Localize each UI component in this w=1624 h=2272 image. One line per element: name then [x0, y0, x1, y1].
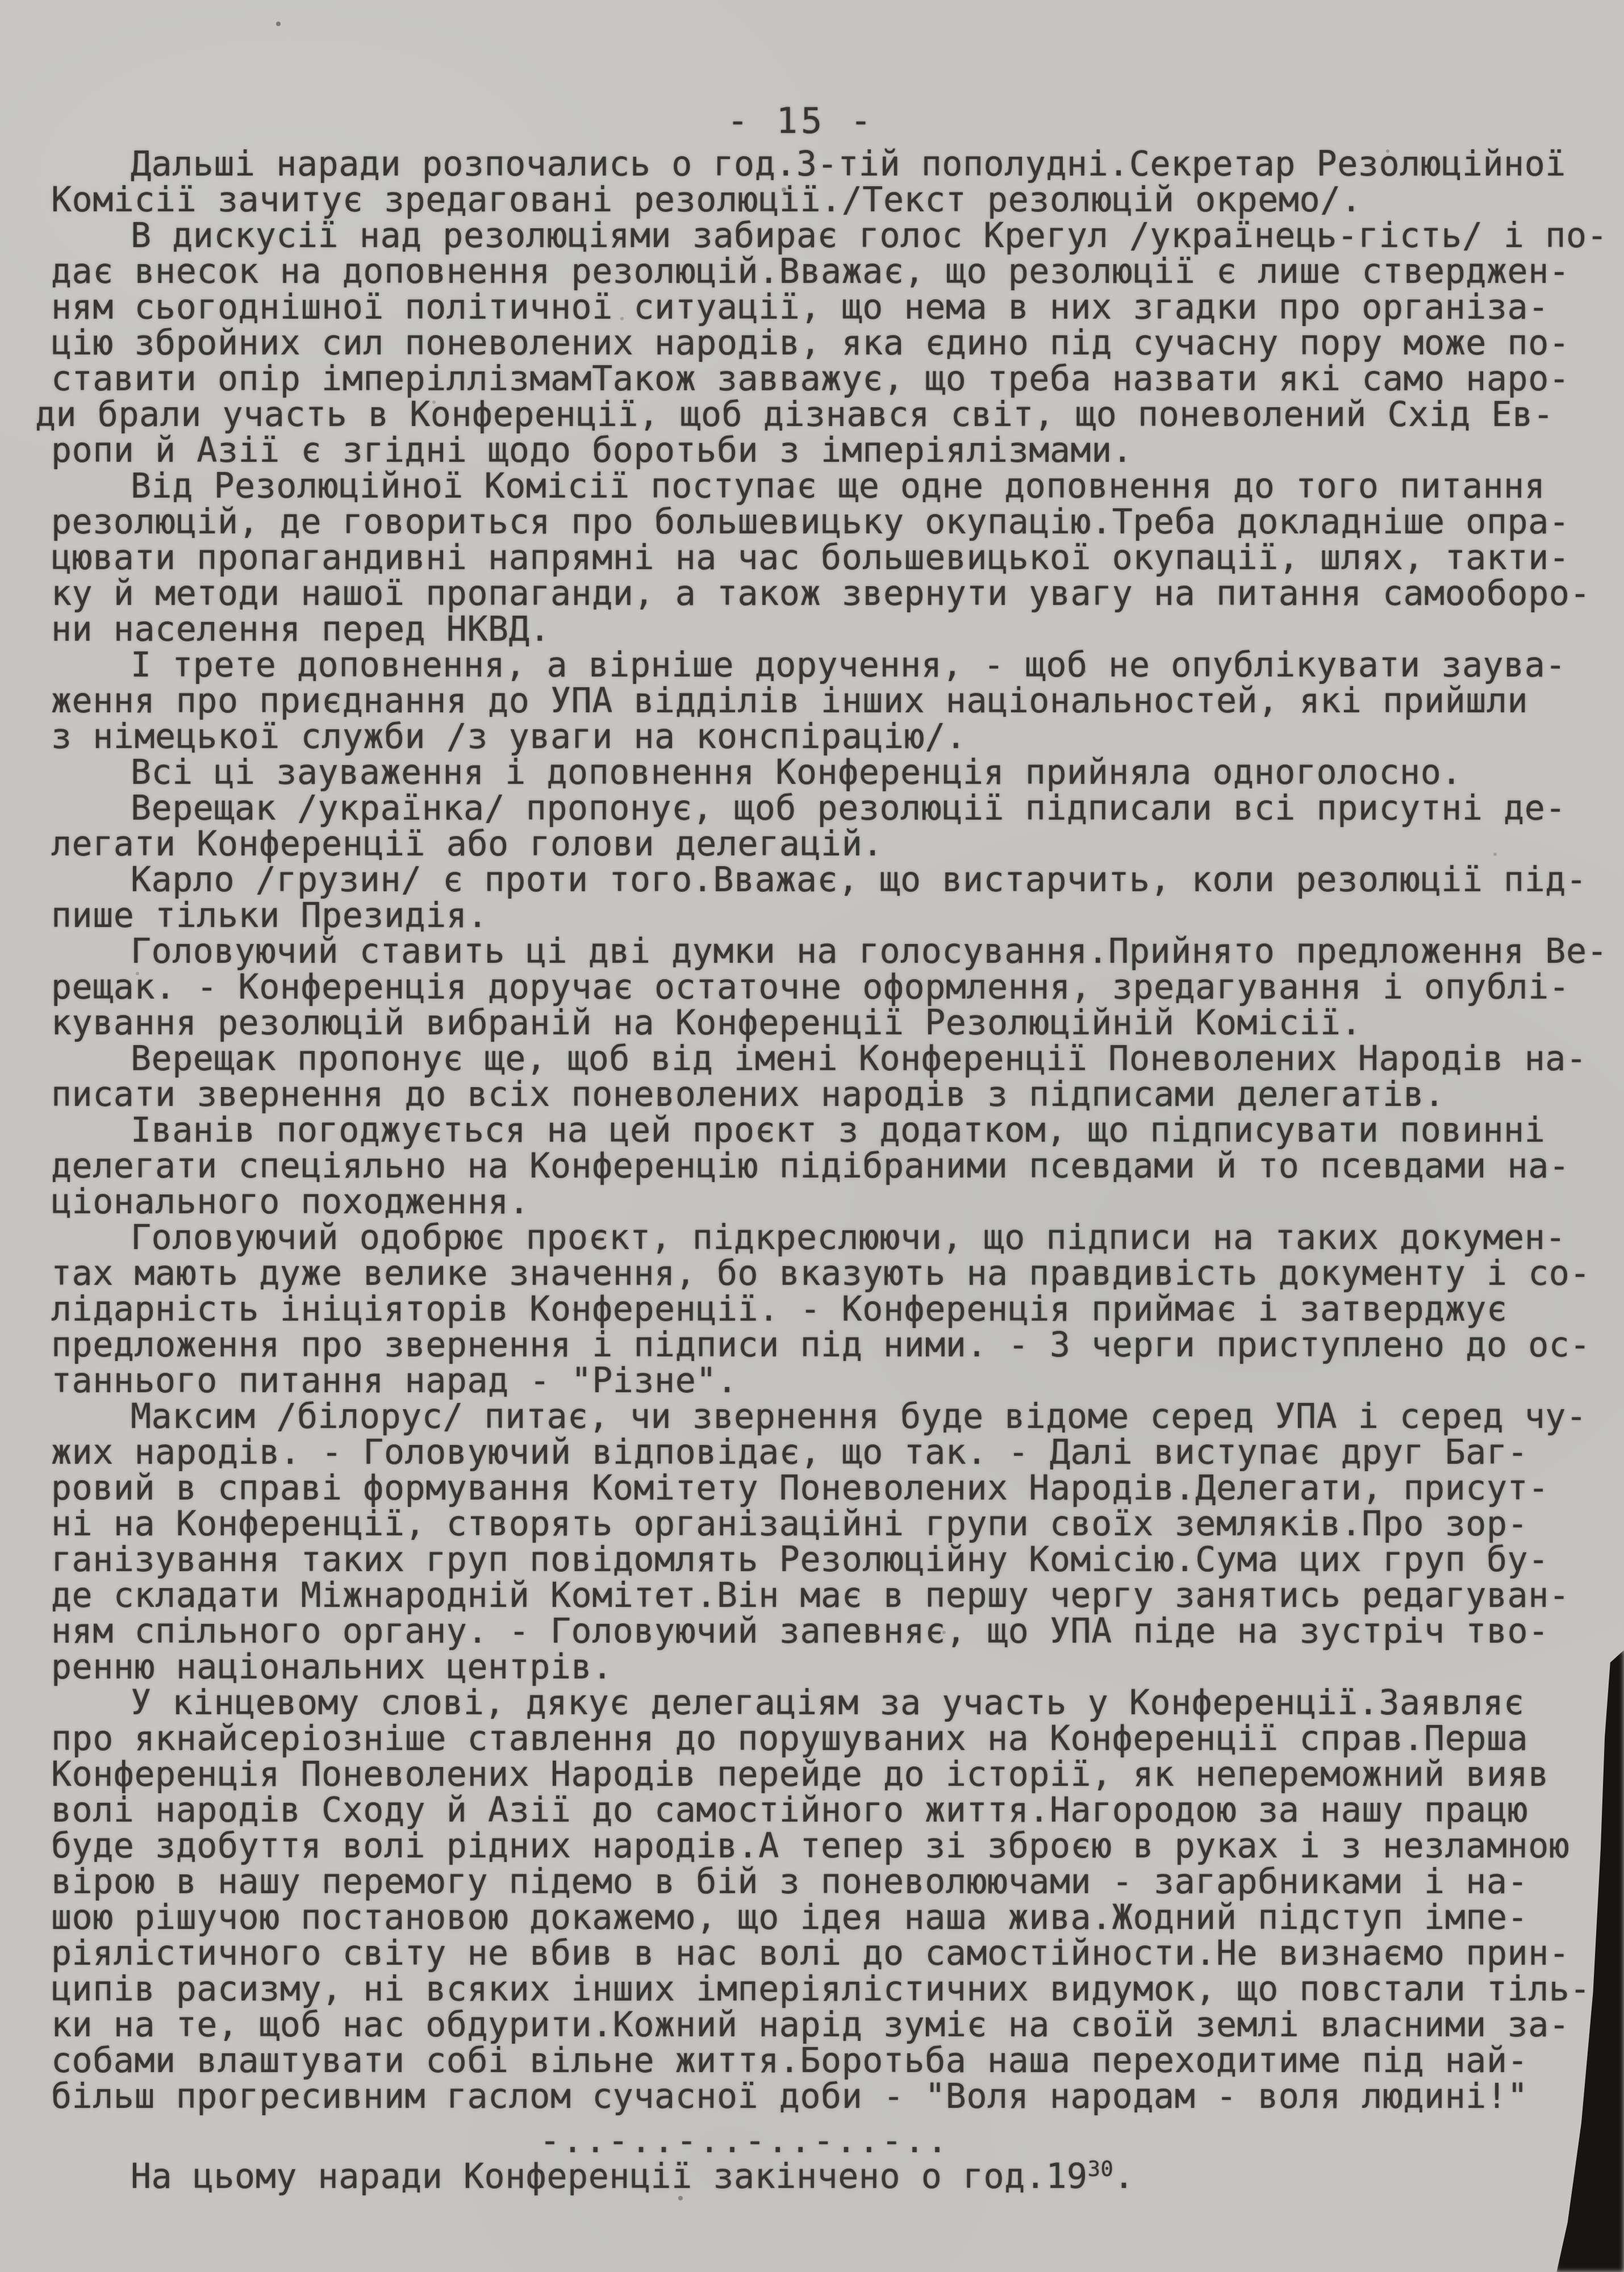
document-line: таннього питання нарад - "Різне".: [51, 1363, 1624, 1399]
document-line: вірою в нашу перемогу підемо в бій з пон…: [51, 1864, 1624, 1900]
document-line: резолюцій, де говориться про большевицьк…: [51, 504, 1624, 540]
document-line: пише тільки Президія.: [51, 898, 1624, 934]
document-line: Верещак пропонує ще, щоб від імені Конфе…: [51, 1041, 1624, 1077]
document-line: предложення про звернення і підписи під …: [51, 1327, 1624, 1363]
document-line: Головуючий ставить ці дві думки на голос…: [51, 934, 1624, 970]
document-line: ципів расизму, ні всяких інших імперіялі…: [51, 1972, 1624, 2007]
document-line: ровий в справі формування Комітету Понев…: [51, 1471, 1624, 1506]
document-line: жих народів. - Головуючий відповідає, що…: [51, 1435, 1624, 1471]
document-line: Дальші наради розпочались о год.3-тій по…: [51, 147, 1624, 182]
document-text-column: Дальші наради розпочались о год.3-тій по…: [51, 147, 1624, 2195]
document-line: І трете доповнення, а вірніше доручення,…: [51, 648, 1624, 683]
page: - 15 - Дальші наради розпочались о год.3…: [0, 0, 1624, 2272]
document-line: тах мають дуже велике значення, бо вказу…: [51, 1256, 1624, 1292]
document-line: де складати Міжнародній Комітет.Він має …: [51, 1578, 1624, 1614]
document-line: ди брали участь в Конференції, щоб дізна…: [35, 397, 1624, 433]
document-line: ження про приєднання до УПА відділів інш…: [51, 683, 1624, 719]
document-line: У кінцевому слові, дякує делегаціям за у…: [51, 1685, 1624, 1721]
document-line: Карло /грузин/ є проти того.Вважає, що в…: [51, 862, 1624, 898]
closing-superscript: 30: [1088, 2156, 1114, 2181]
document-line: собами влаштувати собі вільне життя.Боро…: [51, 2043, 1624, 2079]
closing-period: .: [1113, 2157, 1134, 2196]
document-line: Іванів погоджується на цей проєкт з дода…: [51, 1113, 1624, 1148]
document-line: Від Резолюційної Комісії поступає ще одн…: [51, 469, 1624, 504]
document-line: ні на Конференції, створять організаційн…: [51, 1506, 1624, 1542]
document-line: буде здобуття волі рідних народів.А тепе…: [51, 1828, 1624, 1864]
closing-text: На цьому наради Конференції закінчено о …: [131, 2157, 1088, 2196]
document-line: В дискусії над резолюціями забирає голос…: [51, 218, 1624, 254]
document-line: ренню національних центрів.: [51, 1649, 1624, 1685]
page-number: - 15 -: [0, 100, 1602, 141]
document-line: про якнайсеріозніше ставлення до порушув…: [51, 1721, 1624, 1757]
document-line: ганізування таких груп повідомлять Резол…: [51, 1542, 1624, 1578]
separator-line: -..-..-..-..-..-..: [51, 2123, 1624, 2159]
document-line: ки на те, щоб нас обдурити.Кожний нарід …: [51, 2007, 1624, 2043]
document-line: ням сьогоднішної політичної ситуації, що…: [51, 290, 1624, 325]
document-line: ни населення перед НКВД.: [51, 612, 1624, 648]
document-line: з німецької служби /з уваги на конспірац…: [51, 719, 1624, 755]
document-line: Головуючий одобрює проєкт, підкреслюючи,…: [51, 1220, 1624, 1256]
document-line: цію збройних сил поневолених народів, як…: [51, 325, 1624, 361]
document-line: Всі ці зауваження і доповнення Конференц…: [51, 755, 1624, 791]
document-line: Конференція Поневолених Народів перейде …: [51, 1757, 1624, 1793]
document-line: дає внесок на доповнення резолюцій.Вважа…: [51, 254, 1624, 290]
document-line: Верещак /українка/ пропонує, щоб резолюц…: [51, 791, 1624, 826]
document-line: легати Конференції або голови делегацій.: [51, 826, 1624, 862]
closing-line: На цьому наради Конференції закінчено о …: [51, 2159, 1624, 2195]
document-line: писати звернення до всіх поневолених нар…: [51, 1077, 1624, 1113]
document-body: Дальші наради розпочались о год.3-тій по…: [51, 147, 1624, 2115]
document-line: ропи й Азії є згідні щодо боротьби з імп…: [51, 433, 1624, 469]
document-line: делегати спеціяльно на Конференцію підіб…: [51, 1148, 1624, 1184]
document-line: ставити опір імперіллізмамТакож завважує…: [51, 361, 1624, 397]
document-line: кування резолюцій вибраній на Конференці…: [51, 1005, 1624, 1041]
document-line: шою рішучою постановою докажемо, що ідея…: [51, 1900, 1624, 1936]
paper-specks: [0, 0, 2, 2]
document-line: ціонального походження.: [51, 1184, 1624, 1220]
document-line: ріялістичного світу не вбив в нас волі д…: [51, 1936, 1624, 1972]
document-line: Комісії зачитує зредаговані резолюції./Т…: [51, 182, 1624, 218]
document-line: лідарність ініціяторів Конференції. - Ко…: [51, 1292, 1624, 1327]
document-line: цювати пропагандивні напрямні на час бол…: [51, 540, 1624, 576]
document-line: волі народів Сходу й Азії до самостійног…: [51, 1793, 1624, 1828]
document-line: ням спільного органу. - Головуючий запев…: [51, 1614, 1624, 1649]
document-line: ку й методи нашої пропаганди, а також зв…: [51, 576, 1624, 612]
document-line: більш прогресивним гаслом сучасної доби …: [51, 2079, 1624, 2115]
document-line: рещак. - Конференція доручає остаточне о…: [51, 970, 1624, 1005]
document-line: Максим /білорус/ питає, чи звернення буд…: [51, 1399, 1624, 1435]
